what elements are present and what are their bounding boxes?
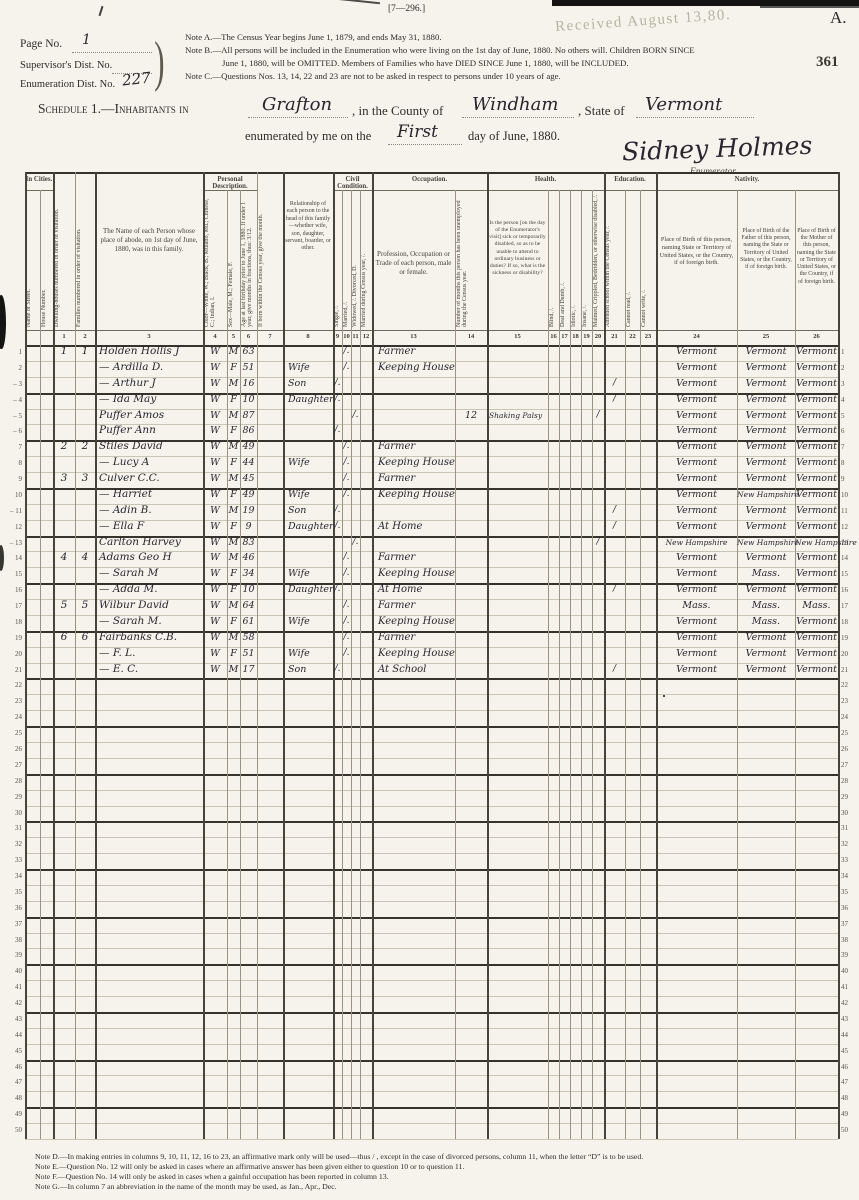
group-header-nativity: Nativity.	[656, 176, 838, 183]
cell-birth-father-8: Vermont	[737, 455, 795, 471]
row-line-50	[25, 1139, 838, 1140]
cell-occupation-2: Keeping House	[378, 360, 491, 376]
column-header-c16: Blind, /.	[549, 192, 558, 327]
cell-birth-father-14: Vermont	[737, 550, 795, 566]
row-number-left-7: 7	[2, 443, 22, 451]
cell-sex-12: F	[227, 519, 240, 535]
cell-age-9: 45	[240, 471, 257, 487]
cell-relationship-10: Wife	[288, 487, 368, 503]
cell-birth-self-6: Vermont	[656, 423, 737, 439]
cell-civil-8: /.	[342, 455, 351, 471]
cell-occupation-12: At Home	[378, 519, 491, 535]
cell-civil-7: /.	[342, 439, 351, 455]
cell-civil-18: /.	[342, 614, 351, 630]
cell-age-14: 46	[240, 550, 257, 566]
row-number-left-8: 8	[2, 459, 22, 467]
group-header-health: Health.	[487, 176, 604, 183]
row-line-39	[25, 964, 838, 966]
column-number-4: 4	[203, 333, 227, 340]
cell-color-14: W	[203, 550, 227, 566]
cell-relationship-12: Daughter	[288, 519, 368, 535]
cell-birth-self-21: Vermont	[656, 662, 737, 678]
cell-age-10: 49	[240, 487, 257, 503]
cell-dwelling-9: 3	[53, 471, 75, 487]
row-number-left-50: 50	[2, 1126, 22, 1134]
column-number-2: 2	[75, 333, 95, 340]
row-number-left-32: 32	[2, 840, 22, 848]
cell-civil-17: /.	[342, 598, 351, 614]
column-number-16: 16	[548, 333, 559, 340]
column-header-c15: Is the person [on the day of the Enumera…	[489, 192, 546, 355]
cell-family-9: 3	[75, 471, 95, 487]
row-number-left-39: 39	[2, 951, 22, 959]
row-number-left-41: 41	[2, 983, 22, 991]
cell-family-1: 1	[75, 344, 95, 360]
cell-civil-15: /.	[342, 566, 351, 582]
column-number-24: 24	[656, 333, 737, 340]
row-number-right-34: 34	[841, 872, 857, 880]
row-number-left-19: 19	[2, 634, 22, 642]
row-number-right-45: 45	[841, 1047, 857, 1055]
column-header-c19: Insane, /.	[582, 192, 591, 327]
row-number-left-3: – 3	[2, 380, 22, 388]
cell-age-11: 19	[240, 503, 257, 519]
group-underline-1	[203, 190, 257, 191]
cell-occupation-9: Farmer	[378, 471, 491, 487]
cell-birth-mother-3: Vermont	[795, 376, 838, 392]
cell-occupation-8: Keeping House	[378, 455, 491, 471]
cell-sex-7: M	[227, 439, 240, 455]
cell-dwelling-1: 1	[53, 344, 75, 360]
cell-mark20-5: /	[592, 408, 604, 424]
column-header-c21: Attended school within the Census year, …	[605, 192, 624, 327]
row-number-left-31: 31	[2, 824, 22, 832]
cell-dwelling-7: 2	[53, 439, 75, 455]
row-number-right-35: 35	[841, 888, 857, 896]
cell-birth-self-13: New Hampshire	[656, 535, 737, 551]
cell-color-21: W	[203, 662, 227, 678]
row-number-right-30: 30	[841, 809, 857, 817]
row-number-left-44: 44	[2, 1031, 22, 1039]
row-number-right-49: 49	[841, 1110, 857, 1118]
row-number-right-16: 16	[841, 586, 857, 594]
scan-artifact-dot	[663, 695, 665, 697]
cell-dwelling-17: 5	[53, 598, 75, 614]
census-schedule-page: [7—296.] A. Received August 13,80. 361 P…	[0, 0, 859, 1200]
row-number-right-8: 8	[841, 459, 857, 467]
cell-birth-mother-18: Vermont	[795, 614, 838, 630]
row-number-right-28: 28	[841, 777, 857, 785]
row-line-26	[25, 758, 838, 759]
census-table: 1122– 33– 44– 55– 667788991010– 11111212…	[0, 0, 859, 1200]
col-line-1	[40, 190, 41, 1139]
cell-birth-self-19: Vermont	[656, 630, 737, 646]
cell-occupation-1: Farmer	[378, 344, 491, 360]
cell-sex-1: M	[227, 344, 240, 360]
row-number-left-22: 22	[2, 681, 22, 689]
column-number-8: 8	[283, 333, 333, 340]
row-number-left-16: 16	[2, 586, 22, 594]
row-number-left-49: 49	[2, 1110, 22, 1118]
column-header-c1: Dwelling-houses numbered in order of vis…	[54, 175, 74, 327]
row-line-47	[25, 1091, 838, 1092]
cell-civil-1: /.	[342, 344, 351, 360]
cell-mark21-12: /	[604, 519, 625, 535]
row-line-21	[25, 678, 838, 680]
cell-civil-11: /.	[333, 503, 342, 519]
column-number-1: 1	[53, 333, 75, 340]
row-number-left-36: 36	[2, 904, 22, 912]
cell-birth-mother-16: Vermont	[795, 582, 838, 598]
column-header-c20: Maimed, Crippled, Bedridden, or otherwis…	[593, 192, 603, 327]
cell-age-20: 51	[240, 646, 257, 662]
cell-civil-16: /.	[333, 582, 342, 598]
cell-age-2: 51	[240, 360, 257, 376]
cell-occupation-7: Farmer	[378, 439, 491, 455]
cell-birth-mother-5: Vermont	[795, 408, 838, 424]
column-number-9: 9	[333, 333, 342, 340]
group-header-civil: Civil Condition.	[333, 176, 372, 190]
cell-relationship-16: Daughter	[288, 582, 368, 598]
cell-sex-2: F	[227, 360, 240, 376]
cell-relationship-3: Son	[288, 376, 368, 392]
row-number-right-6: 6	[841, 427, 857, 435]
cell-age-6: 86	[240, 423, 257, 439]
cell-occupation-19: Farmer	[378, 630, 491, 646]
cell-birth-father-10: New Hampshire	[737, 487, 795, 503]
column-header-house: House Number.	[41, 192, 52, 327]
row-line-40	[25, 980, 838, 981]
row-number-left-13: – 13	[2, 539, 22, 547]
cell-sex-18: F	[227, 614, 240, 630]
cell-civil-19: /.	[342, 630, 351, 646]
cell-birth-self-18: Vermont	[656, 614, 737, 630]
cell-birth-father-9: Vermont	[737, 471, 795, 487]
cell-birth-self-7: Vermont	[656, 439, 737, 455]
row-number-left-17: 17	[2, 602, 22, 610]
group-header-occup: Occupation.	[372, 176, 487, 183]
row-number-left-2: 2	[2, 364, 22, 372]
row-number-right-50: 50	[841, 1126, 857, 1134]
cell-birth-self-4: Vermont	[656, 392, 737, 408]
cell-age-1: 63	[240, 344, 257, 360]
column-header-c6: Age at last birthday prior to June 1, 18…	[241, 192, 256, 327]
row-number-right-4: 4	[841, 396, 857, 404]
cell-civil-9: /.	[342, 471, 351, 487]
cell-birth-mother-8: Vermont	[795, 455, 838, 471]
cell-age-13: 83	[240, 535, 257, 551]
cell-occupation-17: Farmer	[378, 598, 491, 614]
row-number-left-35: 35	[2, 888, 22, 896]
cell-color-12: W	[203, 519, 227, 535]
row-number-left-24: 24	[2, 713, 22, 721]
row-line-34	[25, 885, 838, 886]
cell-birth-self-1: Vermont	[656, 344, 737, 360]
column-header-c12: Married during Census year, /.	[361, 192, 371, 327]
column-number-13: 13	[372, 333, 455, 340]
cell-civil-14: /.	[342, 550, 351, 566]
cell-civil-13: /.	[351, 535, 360, 551]
row-number-left-25: 25	[2, 729, 22, 737]
row-number-right-11: 11	[841, 507, 857, 515]
cell-birth-self-9: Vermont	[656, 471, 737, 487]
cell-birth-mother-14: Vermont	[795, 550, 838, 566]
column-number-5: 5	[227, 333, 240, 340]
cell-birth-father-13: New Hampshire	[737, 535, 795, 551]
footer-note-d: Note D.—In making entries in columns 9, …	[35, 1152, 845, 1162]
cell-sex-17: M	[227, 598, 240, 614]
cell-birth-self-16: Vermont	[656, 582, 737, 598]
row-number-left-23: 23	[2, 697, 22, 705]
cell-sex-11: M	[227, 503, 240, 519]
column-number-18: 18	[570, 333, 581, 340]
cell-relationship-11: Son	[288, 503, 368, 519]
cell-sex-8: F	[227, 455, 240, 471]
row-number-right-33: 33	[841, 856, 857, 864]
cell-sex-19: M	[227, 630, 240, 646]
row-number-right-22: 22	[841, 681, 857, 689]
cell-occupation-16: At Home	[378, 582, 491, 598]
footer-note-e: Note E.—Question No. 12 will only be ask…	[35, 1162, 845, 1172]
group-underline-0	[25, 190, 53, 191]
row-number-left-9: 9	[2, 475, 22, 483]
cell-birth-self-8: Vermont	[656, 455, 737, 471]
row-line-46	[25, 1075, 838, 1076]
column-number-11: 11	[351, 333, 360, 340]
row-number-right-19: 19	[841, 634, 857, 642]
row-number-right-24: 24	[841, 713, 857, 721]
row-number-left-47: 47	[2, 1078, 22, 1086]
column-header-c23: Cannot write, /.	[641, 192, 655, 327]
cell-mark20-13: /	[592, 535, 604, 551]
cell-birth-father-21: Vermont	[737, 662, 795, 678]
cell-sex-10: F	[227, 487, 240, 503]
cell-birth-father-15: Mass.	[737, 566, 795, 582]
column-number-10: 10	[342, 333, 351, 340]
cell-mark21-11: /	[604, 503, 625, 519]
cell-birth-father-5: Vermont	[737, 408, 795, 424]
cell-unemployed-5: 12	[455, 408, 487, 424]
cell-sex-4: F	[227, 392, 240, 408]
row-number-left-30: 30	[2, 809, 22, 817]
cell-occupation-10: Keeping House	[378, 487, 491, 503]
cell-birth-mother-11: Vermont	[795, 503, 838, 519]
table-top-border	[25, 172, 838, 174]
cell-family-19: 6	[75, 630, 95, 646]
cell-birth-father-17: Mass.	[737, 598, 795, 614]
row-number-left-5: – 5	[2, 412, 22, 420]
row-number-right-15: 15	[841, 570, 857, 578]
row-number-left-45: 45	[2, 1047, 22, 1055]
cell-birth-self-15: Vermont	[656, 566, 737, 582]
row-number-right-2: 2	[841, 364, 857, 372]
cell-civil-21: /.	[333, 662, 342, 678]
cell-color-16: W	[203, 582, 227, 598]
cell-birth-father-6: Vermont	[737, 423, 795, 439]
cell-civil-5: /.	[351, 408, 360, 424]
column-header-c4: Color—White, W.; Black, B.; Mulatto, Mu.…	[204, 192, 226, 327]
row-number-right-21: 21	[841, 666, 857, 674]
row-line-38	[25, 948, 838, 949]
cell-birth-self-14: Vermont	[656, 550, 737, 566]
row-number-left-14: 14	[2, 554, 22, 562]
row-line-27	[25, 774, 838, 776]
column-number-17: 17	[559, 333, 570, 340]
row-line-49	[25, 1123, 838, 1124]
row-line-37	[25, 933, 838, 934]
cell-age-18: 61	[240, 614, 257, 630]
cell-color-13: W	[203, 535, 227, 551]
cell-birth-self-17: Mass.	[656, 598, 737, 614]
cell-color-20: W	[203, 646, 227, 662]
row-line-33	[25, 869, 838, 871]
column-number-23: 23	[640, 333, 656, 340]
row-number-right-44: 44	[841, 1031, 857, 1039]
column-number-15: 15	[487, 333, 548, 340]
cell-birth-mother-9: Vermont	[795, 471, 838, 487]
column-number-3: 3	[95, 333, 203, 340]
row-number-left-43: 43	[2, 1015, 22, 1023]
cell-sex-3: M	[227, 376, 240, 392]
row-number-left-6: – 6	[2, 427, 22, 435]
row-number-right-38: 38	[841, 936, 857, 944]
cell-birth-mother-15: Vermont	[795, 566, 838, 582]
row-number-left-15: 15	[2, 570, 22, 578]
row-number-left-4: – 4	[2, 396, 22, 404]
column-header-c5: Sex—Male, M.; Female, F.	[228, 192, 239, 327]
cell-birth-mother-17: Mass.	[795, 598, 838, 614]
column-number-12: 12	[360, 333, 372, 340]
cell-age-7: 49	[240, 439, 257, 455]
cell-birth-father-2: Vermont	[737, 360, 795, 376]
cell-birth-mother-13: New Hampshire	[795, 535, 838, 551]
row-number-right-46: 46	[841, 1063, 857, 1071]
row-number-left-1: 1	[2, 348, 22, 356]
cell-family-17: 5	[75, 598, 95, 614]
column-number-26: 26	[795, 333, 838, 340]
row-number-right-41: 41	[841, 983, 857, 991]
column-header-c10: Married, /.	[343, 192, 350, 327]
cell-sex-13: M	[227, 535, 240, 551]
row-number-left-46: 46	[2, 1063, 22, 1071]
row-number-right-47: 47	[841, 1078, 857, 1086]
cell-mark21-3: /	[604, 376, 625, 392]
group-header-educ: Education.	[604, 176, 656, 183]
row-number-left-27: 27	[2, 761, 22, 769]
cell-sex-14: M	[227, 550, 240, 566]
row-line-44	[25, 1044, 838, 1045]
cell-relationship-2: Wife	[288, 360, 368, 376]
cell-sex-16: F	[227, 582, 240, 598]
row-number-right-17: 17	[841, 602, 857, 610]
row-number-right-7: 7	[841, 443, 857, 451]
row-line-48	[25, 1107, 838, 1109]
cell-relationship-18: Wife	[288, 614, 368, 630]
group-header-persdesc: Personal Description.	[203, 176, 257, 190]
row-number-right-14: 14	[841, 554, 857, 562]
cell-birth-mother-21: Vermont	[795, 662, 838, 678]
row-number-right-31: 31	[841, 824, 857, 832]
cell-color-7: W	[203, 439, 227, 455]
cell-color-9: W	[203, 471, 227, 487]
column-header-c14: Number of months this person has been un…	[456, 192, 486, 327]
row-number-left-48: 48	[2, 1094, 22, 1102]
cell-age-8: 44	[240, 455, 257, 471]
cell-birth-father-19: Vermont	[737, 630, 795, 646]
row-number-left-26: 26	[2, 745, 22, 753]
cell-dwelling-19: 6	[53, 630, 75, 646]
cell-occupation-18: Keeping House	[378, 614, 491, 630]
cell-color-19: W	[203, 630, 227, 646]
row-line-43	[25, 1028, 838, 1029]
column-header-c11: Widowed, /. Divorced, D.	[352, 192, 359, 327]
column-header-c18: Idiotic, /.	[571, 192, 580, 327]
cell-dwelling-14: 4	[53, 550, 75, 566]
cell-color-10: W	[203, 487, 227, 503]
cell-birth-mother-10: Vermont	[795, 487, 838, 503]
column-number-20: 20	[592, 333, 604, 340]
row-line-24	[25, 726, 838, 728]
row-number-right-26: 26	[841, 745, 857, 753]
cell-birth-father-12: Vermont	[737, 519, 795, 535]
row-number-right-32: 32	[841, 840, 857, 848]
cell-birth-mother-12: Vermont	[795, 519, 838, 535]
column-number-19: 19	[581, 333, 592, 340]
cell-occupation-21: At School	[378, 662, 491, 678]
row-number-right-1: 1	[841, 348, 857, 356]
column-number-7: 7	[257, 333, 283, 340]
cell-birth-mother-2: Vermont	[795, 360, 838, 376]
cell-color-3: W	[203, 376, 227, 392]
footer-note-f: Note F.—Question No. 14 will only be ask…	[35, 1172, 845, 1182]
row-line-36	[25, 917, 838, 919]
cell-age-4: 10	[240, 392, 257, 408]
cell-birth-self-20: Vermont	[656, 646, 737, 662]
cell-civil-4: /.	[333, 392, 342, 408]
cell-birth-father-11: Vermont	[737, 503, 795, 519]
row-number-right-3: 3	[841, 380, 857, 388]
cell-occupation-15: Keeping House	[378, 566, 491, 582]
column-header-street: Name of Street.	[26, 192, 39, 327]
cell-relationship-8: Wife	[288, 455, 368, 471]
row-number-left-29: 29	[2, 793, 22, 801]
cell-civil-20: /.	[342, 646, 351, 662]
row-number-left-18: 18	[2, 618, 22, 626]
cell-sex-15: F	[227, 566, 240, 582]
cell-color-4: W	[203, 392, 227, 408]
row-number-right-23: 23	[841, 697, 857, 705]
row-number-right-9: 9	[841, 475, 857, 483]
cell-family-7: 2	[75, 439, 95, 455]
cell-civil-12: /.	[333, 519, 342, 535]
cell-age-5: 87	[240, 408, 257, 424]
column-number-6: 6	[240, 333, 257, 340]
cell-color-6: W	[203, 423, 227, 439]
cell-family-14: 4	[75, 550, 95, 566]
row-number-left-28: 28	[2, 777, 22, 785]
cell-birth-mother-6: Vermont	[795, 423, 838, 439]
column-header-c9: Single, /.	[334, 192, 341, 327]
row-line-41	[25, 996, 838, 997]
group-header-incities: In Cities.	[25, 176, 53, 183]
row-line-45	[25, 1060, 838, 1062]
row-number-left-21: 21	[2, 666, 22, 674]
cell-birth-father-16: Vermont	[737, 582, 795, 598]
cell-birth-self-12: Vermont	[656, 519, 737, 535]
row-number-right-10: 10	[841, 491, 857, 499]
cell-sex-21: M	[227, 662, 240, 678]
row-number-right-42: 42	[841, 999, 857, 1007]
